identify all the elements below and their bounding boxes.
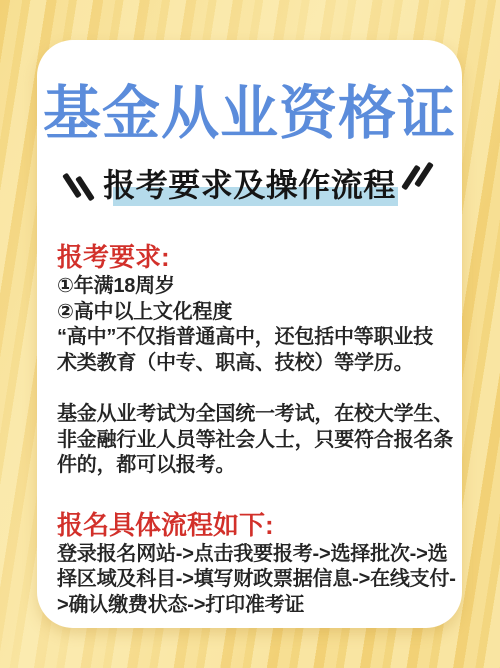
text-line: 择区域及科目->填写财政票据信息->在线支付- (57, 567, 448, 593)
poster-background: 基金从业资格证 报考要求及操作流程 报考要求: ①年满18周岁 ②高中以上文化程… (0, 0, 500, 668)
section-requirements: 报考要求: ①年满18周岁 ②高中以上文化程度 “高中”不仅指普通高中，还包括中… (57, 242, 448, 376)
subtitle: 报考要求及操作流程 (37, 160, 462, 212)
text-line: ①年满18周岁 (57, 274, 448, 300)
requirements-heading: 报考要求: (57, 242, 448, 272)
double-slash-quote-left-icon (65, 170, 95, 206)
section-process: 报名具体流程如下: 登录报名网站->点击我要报考->选择批次->选 择区域及科目… (57, 510, 448, 619)
subtitle-text: 报考要求及操作流程 (103, 167, 396, 203)
text-line: >确认缴费状态->打印准考证 (57, 593, 448, 619)
text-line: 登录报名网站->点击我要报考->选择批次->选 (57, 542, 448, 568)
text-line: 术类教育（中专、职高、技校）等学历。 (57, 351, 448, 377)
process-heading: 报名具体流程如下: (57, 510, 448, 540)
requirements-text: ①年满18周岁 ②高中以上文化程度 “高中”不仅指普通高中，还包括中等职业技 术… (57, 274, 448, 376)
poster-card: 基金从业资格证 报考要求及操作流程 报考要求: ①年满18周岁 ②高中以上文化程… (37, 40, 462, 628)
page-title: 基金从业资格证 (37, 82, 462, 146)
poster-content: 报考要求: ①年满18周岁 ②高中以上文化程度 “高中”不仅指普通高中，还包括中… (37, 242, 462, 618)
text-line: 非金融行业人员等社会人士，只要符合报名条 (57, 428, 448, 454)
text-line: “高中”不仅指普通高中，还包括中等职业技 (57, 325, 448, 351)
double-slash-quote-right-icon (404, 159, 434, 195)
subtitle-text-wrap: 报考要求及操作流程 (99, 166, 400, 204)
section-note: 基金从业考试为全国统一考试，在校大学生、 非金融行业人员等社会人士，只要符合报名… (57, 402, 448, 479)
process-text: 登录报名网站->点击我要报考->选择批次->选 择区域及科目->填写财政票据信息… (57, 542, 448, 619)
text-line: 件的，都可以报考。 (57, 453, 448, 479)
text-line: ②高中以上文化程度 (57, 300, 448, 326)
text-line: 基金从业考试为全国统一考试，在校大学生、 (57, 402, 448, 428)
